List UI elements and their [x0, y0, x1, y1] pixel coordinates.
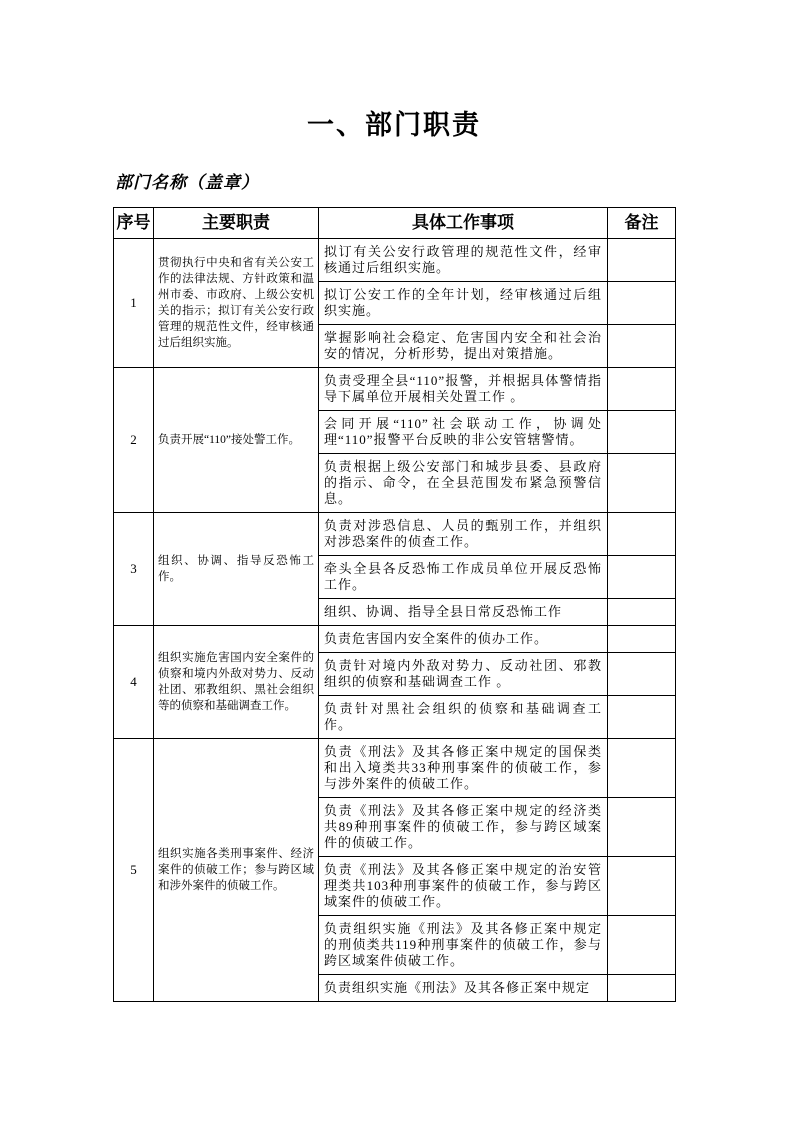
work-item-cell: 负责危害国内安全案件的侦办工作。 — [319, 626, 608, 653]
document-page: 一、部门职责 部门名称（盖章） 序号 主要职责 具体工作事项 备注 1贯彻执行中… — [0, 0, 793, 1122]
work-item-cell: 掌握影响社会稳定、危害国内安全和社会治安的情况，分析形势，提出对策措施。 — [319, 325, 608, 368]
remark-cell — [608, 857, 676, 916]
row-index: 4 — [114, 626, 154, 739]
row-index: 3 — [114, 513, 154, 626]
main-duty-cell: 贯彻执行中央和省有关公安工作的法律法规、方针政策和温州市委、市政府、上级公安机关… — [154, 239, 319, 368]
duties-table-body: 1贯彻执行中央和省有关公安工作的法律法规、方针政策和温州市委、市政府、上级公安机… — [114, 239, 676, 1002]
header-index: 序号 — [114, 208, 154, 239]
remark-cell — [608, 739, 676, 798]
header-remarks: 备注 — [608, 208, 676, 239]
remark-cell — [608, 513, 676, 556]
remark-cell — [608, 556, 676, 599]
remark-cell — [608, 368, 676, 411]
work-item-cell: 负责根据上级公安部门和城步县委、县政府的指示、命令，在全县范围发布紧急预警信息。 — [319, 454, 608, 513]
remark-cell — [608, 239, 676, 282]
remark-cell — [608, 798, 676, 857]
remark-cell — [608, 411, 676, 454]
remark-cell — [608, 916, 676, 975]
remark-cell — [608, 454, 676, 513]
remark-cell — [608, 975, 676, 1002]
department-name-label: 部门名称（盖章） — [115, 168, 675, 193]
work-item-cell: 组织、协调、指导全县日常反恐怖工作 — [319, 599, 608, 626]
work-item-cell: 负责《刑法》及其各修正案中规定的治安管理类共103种刑事案件的侦破工作，参与跨区… — [319, 857, 608, 916]
main-duty-cell: 组织实施危害国内安全案件的侦察和境内外敌对势力、反动社团、邪教组织、黑社会组织等… — [154, 626, 319, 739]
work-item-cell: 负责《刑法》及其各修正案中规定的国保类和出入境类共33种刑事案件的侦破工作，参与… — [319, 739, 608, 798]
work-item-cell: 负责针对黑社会组织的侦察和基础调查工作。 — [319, 696, 608, 739]
table-row: 3组织、协调、指导反恐怖工作。负责对涉恐信息、人员的甄别工作，并组织对涉恐案件的… — [114, 513, 676, 556]
work-item-cell: 负责受理全县“110”报警，并根据具体警情指导下属单位开展相关处置工作 。 — [319, 368, 608, 411]
work-item-cell: 负责针对境内外敌对势力、反动社团、邪教组织的侦察和基础调查工作 。 — [319, 653, 608, 696]
remark-cell — [608, 653, 676, 696]
table-row: 5组织实施各类刑事案件、经济案件的侦破工作；参与跨区域和涉外案件的侦破工作。负责… — [114, 739, 676, 798]
remark-cell — [608, 599, 676, 626]
table-row: 4组织实施危害国内安全案件的侦察和境内外敌对势力、反动社团、邪教组织、黑社会组织… — [114, 626, 676, 653]
remark-cell — [608, 282, 676, 325]
main-duty-cell: 负责开展“110”接处警工作。 — [154, 368, 319, 513]
row-index: 1 — [114, 239, 154, 368]
header-work-items: 具体工作事项 — [319, 208, 608, 239]
remark-cell — [608, 325, 676, 368]
work-item-cell: 拟订有关公安行政管理的规范性文件，经审核通过后组织实施。 — [319, 239, 608, 282]
duties-table: 序号 主要职责 具体工作事项 备注 1贯彻执行中央和省有关公安工作的法律法规、方… — [113, 207, 676, 1002]
work-item-cell: 拟订公安工作的全年计划，经审核通过后组织实施。 — [319, 282, 608, 325]
table-row: 1贯彻执行中央和省有关公安工作的法律法规、方针政策和温州市委、市政府、上级公安机… — [114, 239, 676, 282]
main-duty-cell: 组织实施各类刑事案件、经济案件的侦破工作；参与跨区域和涉外案件的侦破工作。 — [154, 739, 319, 1002]
work-item-cell: 负责《刑法》及其各修正案中规定的经济类共89种刑事案件的侦破工作，参与跨区域案件… — [319, 798, 608, 857]
row-index: 2 — [114, 368, 154, 513]
work-item-cell: 负责组织实施《刑法》及其各修正案中规定 — [319, 975, 608, 1002]
row-index: 5 — [114, 739, 154, 1002]
main-duty-cell: 组织、协调、指导反恐怖工作。 — [154, 513, 319, 626]
header-main-duties: 主要职责 — [154, 208, 319, 239]
work-item-cell: 负责对涉恐信息、人员的甄别工作，并组织对涉恐案件的侦查工作。 — [319, 513, 608, 556]
table-row: 2负责开展“110”接处警工作。负责受理全县“110”报警，并根据具体警情指导下… — [114, 368, 676, 411]
work-item-cell: 负责组织实施《刑法》及其各修正案中规定的刑侦类共119种刑事案件的侦破工作，参与… — [319, 916, 608, 975]
remark-cell — [608, 626, 676, 653]
work-item-cell: 牵头全县各反恐怖工作成员单位开展反恐怖工作。 — [319, 556, 608, 599]
remark-cell — [608, 696, 676, 739]
table-header-row: 序号 主要职责 具体工作事项 备注 — [114, 208, 676, 239]
page-title: 一、部门职责 — [113, 103, 675, 142]
work-item-cell: 会同开展“110”社会联动工作，协调处理“110”报警平台反映的非公安管辖警情。 — [319, 411, 608, 454]
